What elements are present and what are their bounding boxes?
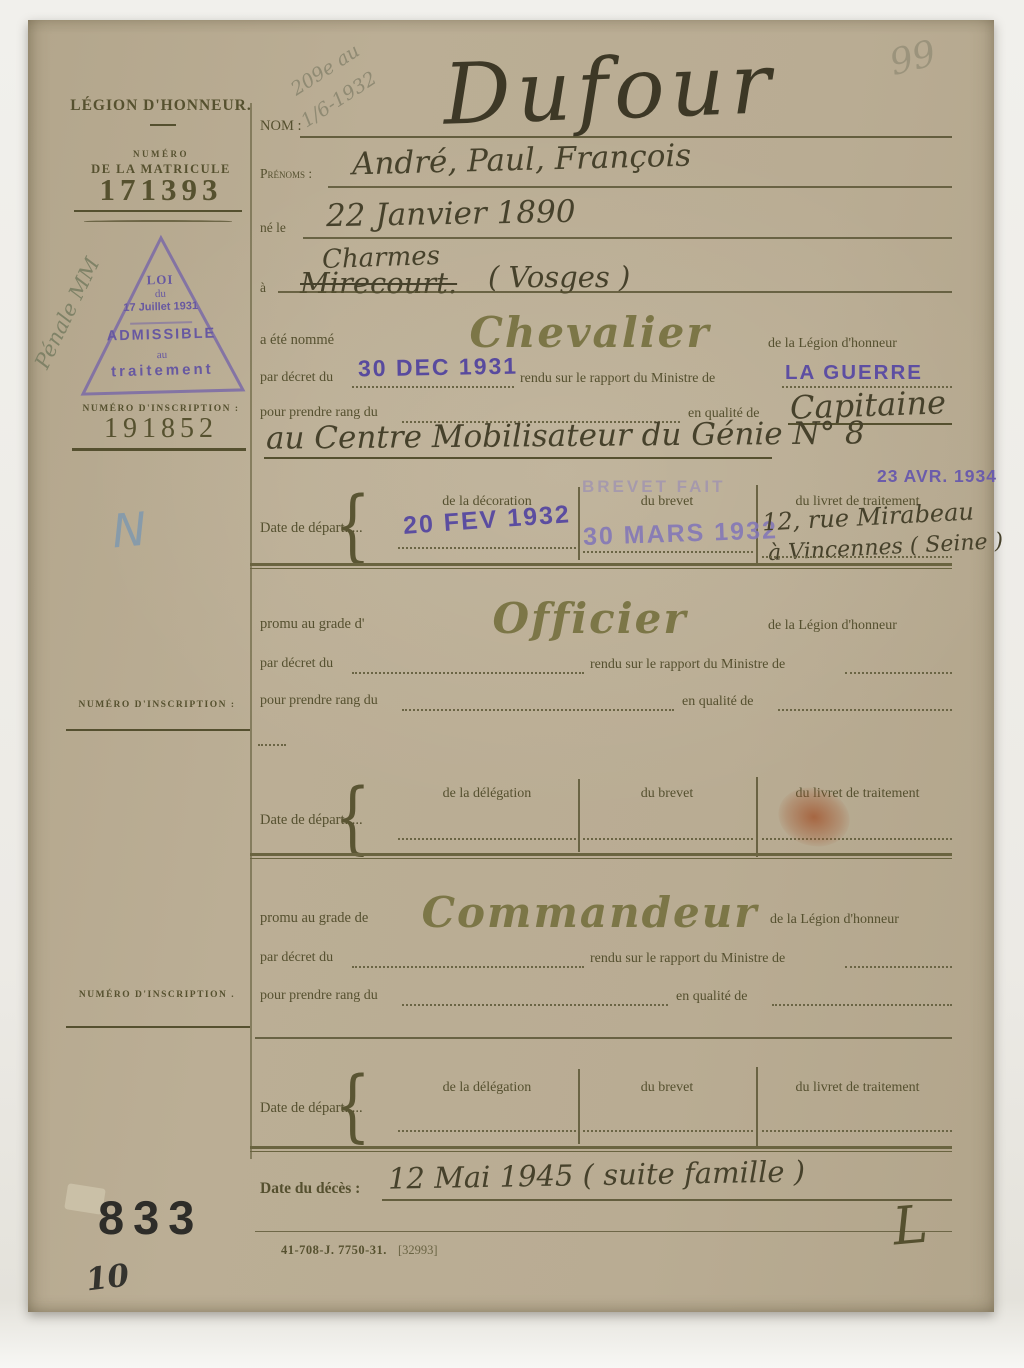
- inscription-label-commandeur: NUMÉRO D'INSCRIPTION .: [62, 990, 252, 1000]
- officier-grade-title: Officier: [420, 594, 760, 643]
- chevalier-col1-baseline: [398, 547, 576, 549]
- handwritten-10-note: 10: [84, 1258, 131, 1299]
- commandeur-col2-baseline: [583, 1130, 753, 1132]
- column-divider-rule: [250, 103, 252, 1159]
- chevalier-depart-brace: {: [334, 486, 371, 564]
- prenoms-baseline: [328, 186, 952, 188]
- number-833-stamp: 833: [98, 1190, 203, 1245]
- chevalier-brevet-date-stamp: 30 MARS 1932: [583, 517, 754, 552]
- commandeur-col-separator-1: [578, 1069, 580, 1144]
- chevalier-unit-handwritten: au Centre Mobilisateur du Génie N° 8: [266, 415, 865, 456]
- chevalier-col2-baseline: [583, 551, 753, 553]
- nom-handwritten-value: Dufour: [358, 31, 861, 146]
- inscription-underline: [72, 448, 246, 451]
- birthplace-label: à: [260, 280, 266, 296]
- blue-n-annotation: N: [110, 502, 149, 559]
- chevalier-col2-header: du brevet: [583, 494, 751, 510]
- prenoms-label: Prénoms :: [260, 166, 312, 182]
- commandeur-col3-baseline: [762, 1130, 952, 1132]
- deces-baseline: [382, 1199, 952, 1201]
- form-reference: 41-708-J. 7750-31.: [281, 1243, 387, 1258]
- print-reference: [32993]: [398, 1243, 438, 1258]
- chevalier-grade-title: Chevalier: [420, 308, 760, 357]
- org-title-dash: [150, 124, 176, 126]
- commandeur-depart-brace: {: [334, 1066, 371, 1144]
- nom-baseline: [300, 136, 952, 138]
- deces-handwritten-value: 12 Mai 1945 ( suite famille ): [388, 1154, 806, 1195]
- birthplace-baseline: [278, 291, 952, 293]
- chevalier-date-stamp-right: 23 AVR. 1934: [877, 466, 997, 487]
- chevalier-intro: a été nommé: [260, 332, 334, 349]
- inscription-underline-commandeur: [66, 1026, 250, 1028]
- nom-label: NOM :: [260, 118, 302, 135]
- officier-left-margin-tick: [258, 744, 286, 746]
- officier-decree-label: par décret du: [260, 656, 333, 672]
- officier-report-label: rendu sur le rapport du Ministre de: [590, 657, 785, 673]
- matricule-numero-label: NUMÉRO: [66, 149, 256, 159]
- chevalier-report-label: rendu sur le rapport du Ministre de: [520, 371, 715, 387]
- officier-col3-baseline: [762, 838, 952, 840]
- commandeur-report-label: rendu sur le rapport du Ministre de: [590, 951, 785, 967]
- officier-quality-label: en qualité de: [682, 694, 754, 710]
- footer-blank-line: [255, 1231, 952, 1232]
- commandeur-col1-baseline: [398, 1130, 576, 1132]
- commandeur-col2-header: du brevet: [583, 1080, 751, 1096]
- commandeur-rank-label: pour prendre rang du: [260, 988, 378, 1004]
- commandeur-quality-dotted-line: [772, 1004, 952, 1006]
- officier-col-separator-2: [756, 777, 758, 857]
- section-divider-2: [250, 853, 952, 859]
- chevalier-rank-label: pour prendre rang du: [260, 405, 378, 421]
- matricule-number: 171393: [66, 172, 256, 208]
- scanned-document-page: LÉGION D'HONNEUR. NUMÉRO DE LA MATRICULE…: [0, 0, 1024, 1368]
- officier-rank-dotted-line: [402, 709, 674, 711]
- inscription-underline-officier: [66, 729, 250, 731]
- officier-suffix: de la Légion d'honneur: [768, 618, 897, 634]
- matricule-underline: [74, 210, 242, 212]
- commandeur-minister-dotted-line: [845, 966, 952, 968]
- commandeur-col-separator-2: [756, 1067, 758, 1147]
- inscription-label-officier: NUMÉRO D'INSCRIPTION :: [62, 700, 252, 710]
- triangle-admissible-stamp: LOI du 17 Juillet 1931 ADMISSIBLE au tra…: [73, 232, 249, 402]
- officier-intro: promu au grade d': [260, 616, 364, 633]
- commandeur-suffix: de la Légion d'honneur: [770, 912, 899, 928]
- deces-label: Date du décès :: [260, 1180, 360, 1198]
- birthdate-handwritten-value: 22 Janvier 1890: [326, 194, 576, 234]
- officier-rank-label: pour prendre rang du: [260, 693, 378, 709]
- chevalier-decree-label: par décret du: [260, 370, 333, 386]
- paraph-annotation: L: [890, 1195, 930, 1258]
- officier-quality-dotted-line: [778, 709, 952, 711]
- org-title: LÉGION D'HONNEUR.: [66, 97, 256, 115]
- chevalier-suffix: de la Légion d'honneur: [768, 336, 897, 352]
- officier-minister-dotted-line: [845, 672, 952, 674]
- chevalier-unit-underline: [264, 457, 772, 459]
- commandeur-grade-title: Commandeur: [410, 888, 770, 937]
- officier-depart-brace: {: [334, 778, 371, 856]
- birthplace-department: ( Vosges ): [488, 260, 630, 294]
- commandeur-quality-label: en qualité de: [676, 989, 748, 1005]
- chevalier-decree-date-stamp: 30 DEC 1931: [358, 353, 519, 383]
- chevalier-minister-stamp: LA GUERRE: [785, 361, 923, 385]
- commandeur-blank-line: [255, 1037, 952, 1039]
- officier-col2-header: du brevet: [583, 786, 751, 802]
- chevalier-decree-dotted-line: [352, 386, 514, 388]
- officier-col1-header: de la délégation: [398, 786, 576, 802]
- birthplace-struck-value: Mirecourt.: [300, 266, 457, 300]
- officier-col-separator-1: [578, 779, 580, 852]
- section-divider-1: [250, 563, 952, 569]
- matricule-flourish-line: [84, 220, 232, 222]
- officier-col1-baseline: [398, 838, 576, 840]
- commandeur-decree-label: par décret du: [260, 950, 333, 966]
- commandeur-col3-header: du livret de traitement: [760, 1080, 955, 1096]
- birthdate-label: né le: [260, 220, 286, 236]
- officier-decree-dotted-line: [352, 672, 584, 674]
- inscription-number: 191852: [66, 413, 256, 445]
- commandeur-rank-dotted-line: [402, 1004, 668, 1006]
- birthdate-baseline: [303, 237, 952, 239]
- commandeur-intro: promu au grade de: [260, 910, 368, 927]
- commandeur-decree-dotted-line: [352, 966, 584, 968]
- section-divider-3: [250, 1146, 952, 1152]
- commandeur-col1-header: de la délégation: [398, 1080, 576, 1096]
- officier-col2-baseline: [583, 838, 753, 840]
- chevalier-col3-baseline: [762, 556, 952, 558]
- chevalier-col-separator-1: [578, 487, 580, 560]
